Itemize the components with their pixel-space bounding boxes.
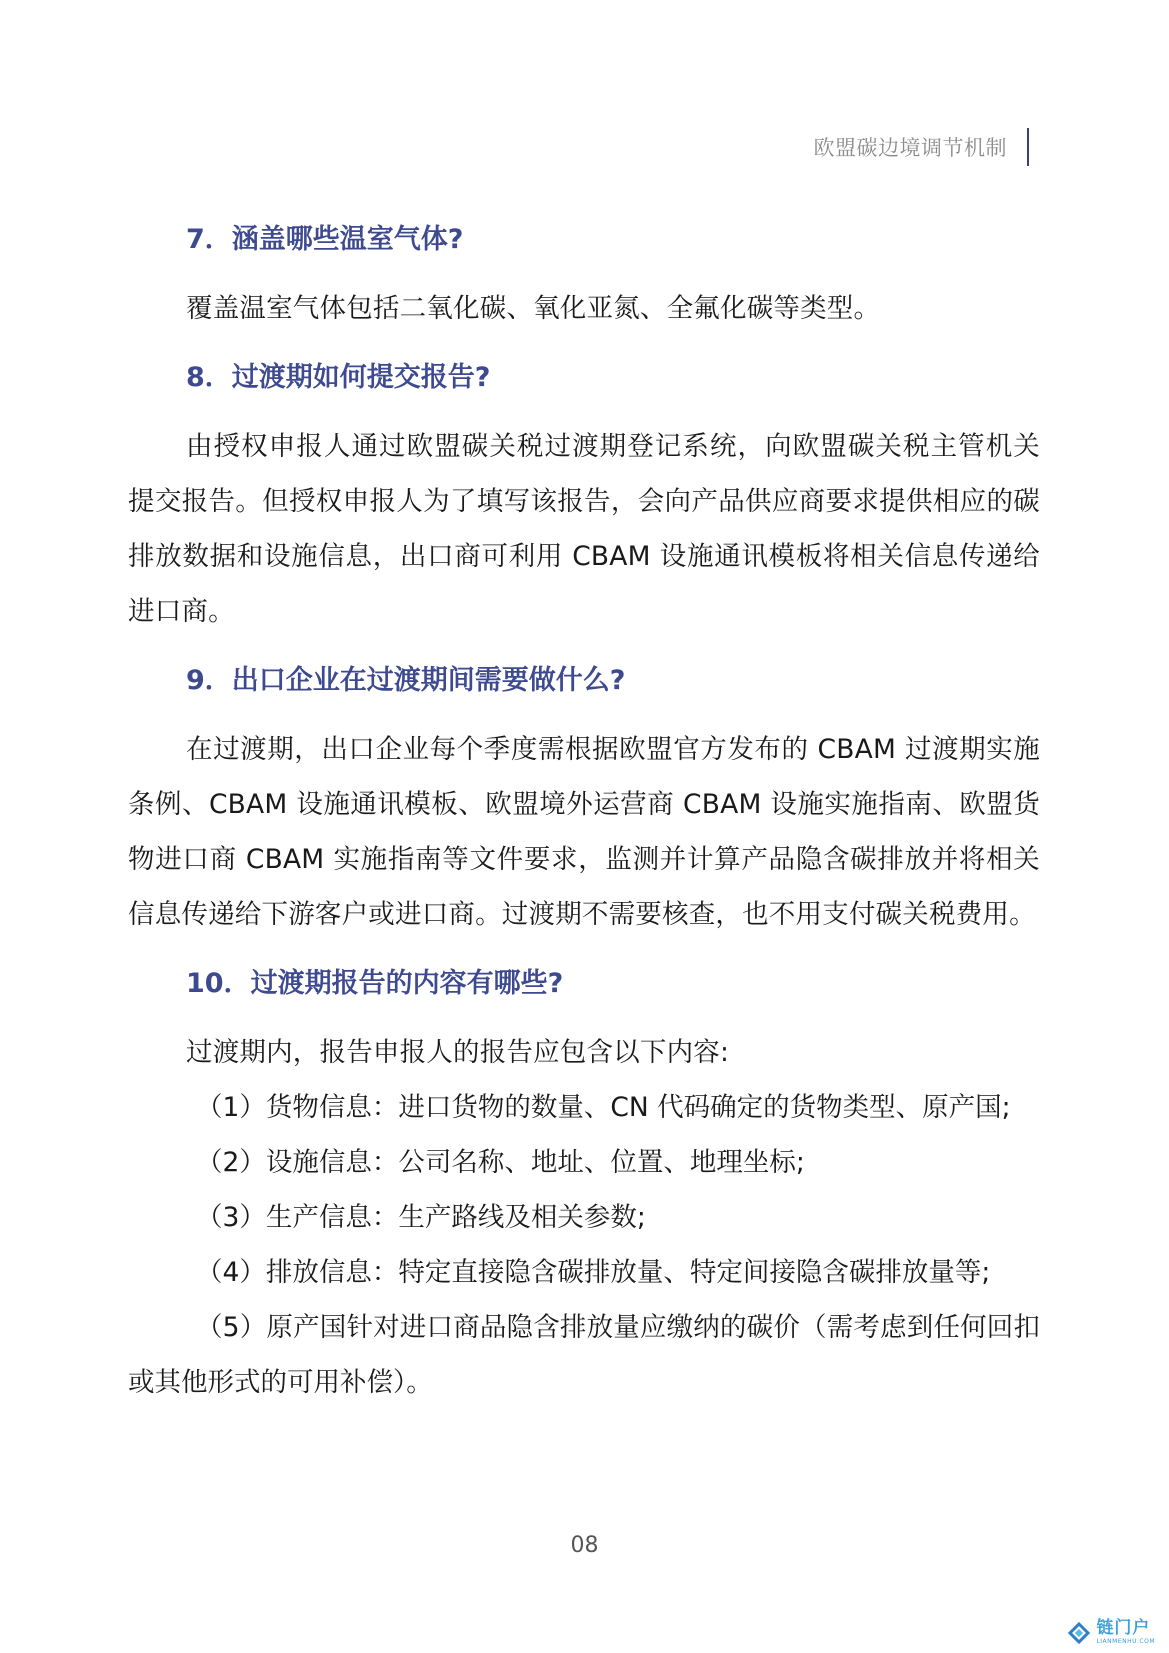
list-item: （1）货物信息：进口货物的数量、CN 代码确定的货物类型、原产国; (128, 1080, 1040, 1135)
watermark-text-cn: 链门户 (1096, 1620, 1155, 1637)
header-accent-bar (1027, 128, 1029, 166)
answer-paragraph-8: 由授权申报人通过欧盟碳关税过渡期登记系统，向欧盟碳关税主管机关提交报告。但授权申… (128, 419, 1040, 639)
answer-paragraph-9: 在过渡期，出口企业每个季度需根据欧盟官方发布的 CBAM 过渡期实施条例、CBA… (128, 722, 1040, 942)
list-item: （5）原产国针对进口商品隐含排放量应缴纳的碳价（需考虑到任何回扣或其他形式的可用… (128, 1300, 1040, 1410)
watermark: 链门户 LIANMENHU.COM (1068, 1620, 1155, 1645)
question-heading-10: 10．过渡期报告的内容有哪些? (128, 956, 1040, 1011)
page-content: 7．涵盖哪些温室气体? 覆盖温室气体包括二氧化碳、氧化亚氮、全氟化碳等类型。 8… (128, 212, 1040, 1410)
diamond-logo-icon (1068, 1622, 1090, 1644)
answer-paragraph-7: 覆盖温室气体包括二氧化碳、氧化亚氮、全氟化碳等类型。 (128, 281, 1040, 336)
page-number: 08 (0, 1533, 1169, 1558)
watermark-text-en: LIANMENHU.COM (1096, 1639, 1155, 1645)
header-title: 欧盟碳边境调节机制 (814, 132, 1008, 162)
list-item: （2）设施信息：公司名称、地址、位置、地理坐标; (128, 1135, 1040, 1190)
list-item: （4）排放信息：特定直接隐含碳排放量、特定间接隐含碳排放量等; (128, 1245, 1040, 1300)
list-item: （3）生产信息：生产路线及相关参数; (128, 1190, 1040, 1245)
question-heading-9: 9．出口企业在过渡期间需要做什么? (128, 653, 1040, 708)
question-heading-8: 8．过渡期如何提交报告? (128, 350, 1040, 405)
question-heading-7: 7．涵盖哪些温室气体? (128, 212, 1040, 267)
answer-intro-10: 过渡期内，报告申报人的报告应包含以下内容: (128, 1025, 1040, 1080)
running-header: 欧盟碳边境调节机制 (814, 128, 1030, 166)
